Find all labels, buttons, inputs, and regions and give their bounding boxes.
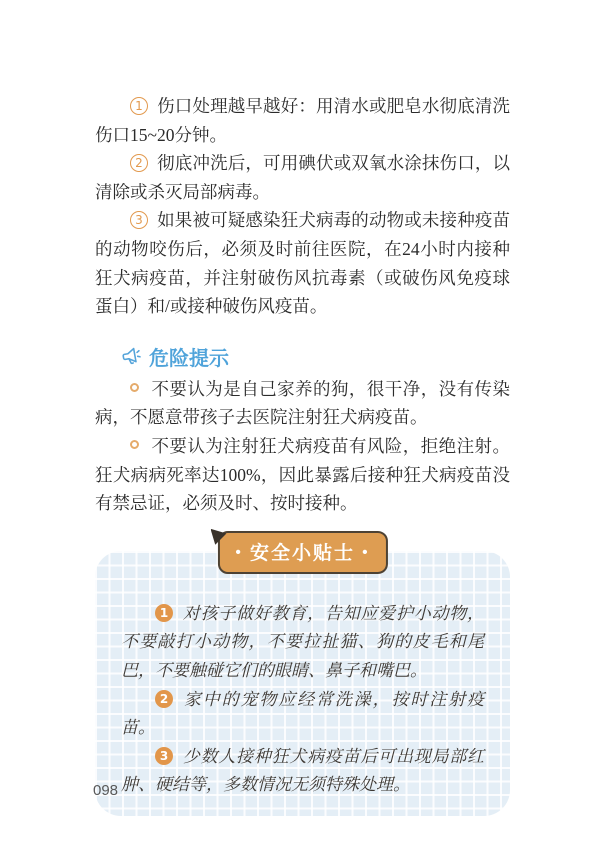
danger-bullet-text-2: 不要认为注射狂犬病疫苗有风险，拒绝注射。狂犬病病死率达100%，因此暴露后接种狂… — [95, 436, 510, 513]
filled-number-3: 3 — [155, 747, 173, 765]
tip-text-1: 对孩子做好教育，告知应爱护小动物，不要敲打小动物，不要拉扯猫、狗的皮毛和尾巴，不… — [121, 604, 484, 680]
circled-number-1: 1 — [130, 97, 148, 115]
numbered-point-3: 3如果被可疑感染狂犬病毒的动物或未接种疫苗的动物咬伤后，必须及时前往医院，在24… — [95, 206, 510, 320]
safety-tips-title: 安全小贴士 — [250, 543, 355, 564]
badge-corner-fold — [210, 529, 226, 545]
ring-bullet-icon — [130, 383, 139, 392]
danger-bullet-1: 不要认为是自己家养的狗，很干净，没有传染病，不愿意带孩子去医院注射狂犬病疫苗。 — [95, 375, 510, 432]
page-content: 1伤口处理越早越好：用清水或肥皂水彻底清洗伤口15~20分钟。 2彻底冲洗后，可… — [95, 92, 510, 816]
numbered-point-1: 1伤口处理越早越好：用清水或肥皂水彻底清洗伤口15~20分钟。 — [95, 92, 510, 149]
numbered-point-2: 2彻底冲洗后，可用碘伏或双氧水涂抹伤口，以清除或杀灭局部病毒。 — [95, 149, 510, 206]
filled-number-2: 2 — [155, 690, 173, 708]
badge-decor-right: • — [362, 544, 369, 561]
danger-bullet-text-1: 不要认为是自己家养的狗，很干净，没有传染病，不愿意带孩子去医院注射狂犬病疫苗。 — [95, 379, 510, 428]
circled-number-2: 2 — [130, 154, 148, 172]
tip-item-1: 1对孩子做好教育，告知应爱护小动物，不要敲打小动物，不要拉扯猫、狗的皮毛和尾巴，… — [121, 600, 484, 686]
tip-item-3: 3少数人接种狂犬病疫苗后可出现局部红肿、硬结等，多数情况无须特殊处理。 — [121, 743, 484, 800]
danger-section-heading: 危险提示 — [95, 343, 510, 371]
point-text-2: 彻底冲洗后，可用碘伏或双氧水涂抹伤口，以清除或杀灭局部病毒。 — [95, 153, 510, 202]
circled-number-3: 3 — [130, 211, 148, 229]
book-page: { "main_points": [ { "num": "1", "text":… — [0, 0, 600, 859]
point-text-3: 如果被可疑感染狂犬病毒的动物或未接种疫苗的动物咬伤后，必须及时前往医院，在24小… — [95, 210, 510, 316]
megaphone-icon — [119, 345, 143, 369]
tip-item-2: 2家中的宠物应经常洗澡，按时注射疫苗。 — [121, 686, 484, 743]
safety-tips-badge: • 安全小贴士 • — [217, 531, 387, 574]
danger-bullet-2: 不要认为注射狂犬病疫苗有风险，拒绝注射。狂犬病病死率达100%，因此暴露后接种狂… — [95, 432, 510, 518]
ring-bullet-icon — [130, 440, 139, 449]
point-text-1: 伤口处理越早越好：用清水或肥皂水彻底清洗伤口15~20分钟。 — [95, 96, 510, 145]
page-number: 098 — [93, 782, 118, 799]
tip-text-2: 家中的宠物应经常洗澡，按时注射疫苗。 — [121, 690, 484, 738]
tip-text-3: 少数人接种狂犬病疫苗后可出现局部红肿、硬结等，多数情况无须特殊处理。 — [121, 747, 484, 795]
badge-decor-left: • — [235, 544, 242, 561]
danger-title-text: 危险提示 — [149, 342, 229, 371]
safety-tips-box: • 安全小贴士 • 1对孩子做好教育，告知应爱护小动物，不要敲打小动物，不要拉扯… — [95, 551, 510, 816]
filled-number-1: 1 — [155, 604, 173, 622]
